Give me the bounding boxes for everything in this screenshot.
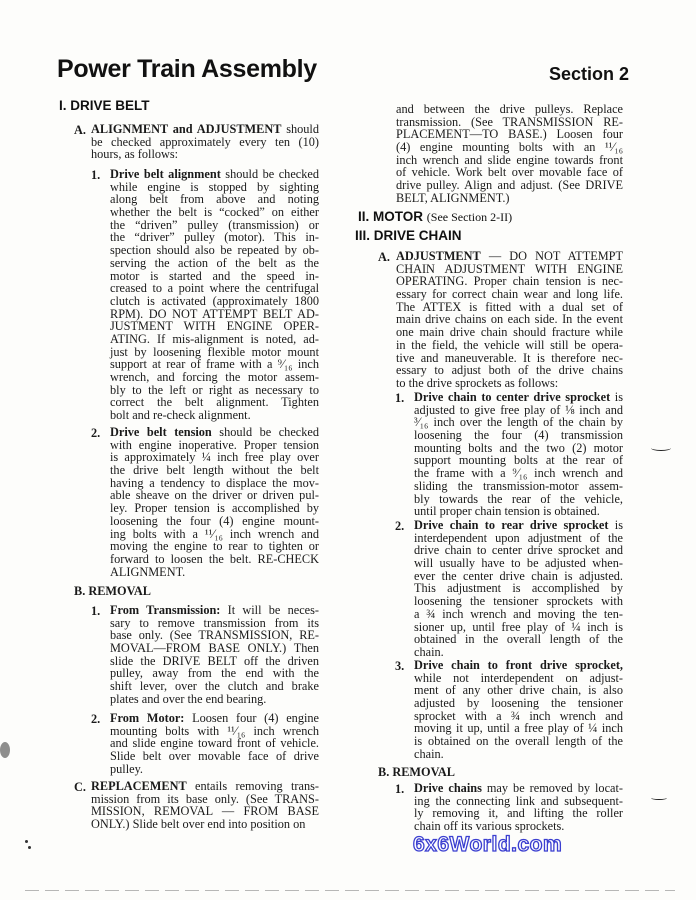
text-line: creased to a point where the centrifugal <box>110 282 319 295</box>
marker-c-replacement: C. <box>74 780 86 795</box>
text-line: MOVAL—FROM BASE ONLY.) Then <box>110 642 319 655</box>
text-line: ATING. If mis-alignment is noted, ad- <box>110 333 319 346</box>
bold-lead: Drive belt alignment <box>110 167 221 181</box>
text-line: chain. <box>414 646 623 659</box>
text-line: pulley. <box>110 763 319 776</box>
text-line: is obtained on the overall length of the <box>414 735 623 748</box>
bold-lead: Drive chain to front drive sprocket, <box>414 658 623 672</box>
text-line: in the field, the vehicle will still be … <box>396 339 623 352</box>
para-drive-chains-removal: Drive chains may be removed by locat-ing… <box>414 782 623 833</box>
heading-motor: II. MOTOR (See Section 2-II) <box>358 209 512 225</box>
text-line: will usually have to be adjusted when- <box>414 557 623 570</box>
text-line: Drive belt alignment should be checked <box>110 168 319 181</box>
bold-lead: Drive belt tension <box>110 425 212 439</box>
text-line: ley. Proper tension is accomplished by <box>110 502 319 515</box>
text-line: ALIGNMENT and ADJUSTMENT should <box>91 123 319 136</box>
marker-2-belt-tension: 2. <box>91 426 100 441</box>
bold-lead: From Motor: <box>110 711 184 725</box>
text-line: the drive belt length without the belt <box>110 464 319 477</box>
heading-chain-removal: B. REMOVAL <box>378 765 455 780</box>
text-line: until proper chain tension is obtained. <box>414 505 623 518</box>
text-line: serving the action of the belt as the <box>110 257 319 270</box>
text-line: whether the belt is “cocked” on either <box>110 206 319 219</box>
text-line: shift lever, over the clutch and brake <box>110 680 319 693</box>
text-line: ALIGNMENT. <box>110 566 319 579</box>
para-rear-sprocket: Drive chain to rear drive sprocket isint… <box>414 519 623 659</box>
text-line: chain. <box>414 748 623 761</box>
text-line: Slide belt over movable face of drive <box>110 750 319 763</box>
scan-speck <box>0 742 10 758</box>
heading-motor-note: (See Section 2-II) <box>427 210 512 224</box>
text-line: one main drive chain should fracture whi… <box>396 326 623 339</box>
text-line: (4) engine mounting bolts with an ¹¹⁄₁₆ <box>396 141 623 154</box>
text-line: adjusted by loosening the tensioner <box>414 697 623 710</box>
marker-3-front-sprocket: 3. <box>395 659 404 674</box>
bold-lead: ADJUSTMENT <box>396 249 481 263</box>
bold-lead: REPLACEMENT <box>91 779 187 793</box>
text-line: wrench, and forcing the motor assem- <box>110 371 319 384</box>
text-line: Drive chain to front drive sprocket, <box>414 659 623 672</box>
text-line: loosening the four (4) engine mount- <box>110 515 319 528</box>
scan-speck <box>28 846 31 849</box>
para-center-sprocket: Drive chain to center drive sprocket isa… <box>414 391 623 518</box>
heading-motor-label: II. MOTOR <box>358 209 423 224</box>
text-line: loosening the tensioner sprockets with <box>414 595 623 608</box>
text-line: bolt and re-check alignment. <box>110 409 319 422</box>
marker-1-center-sprocket: 1. <box>395 391 404 406</box>
text-line: Drive chain to rear drive sprocket is <box>414 519 623 532</box>
heading-drive-chain: III. DRIVE CHAIN <box>355 228 462 243</box>
text-line: forward to loosen the belt. RE-CHECK <box>110 553 319 566</box>
section-label: Section 2 <box>549 64 629 85</box>
text-line: hours, as follows: <box>91 148 319 161</box>
text-line: and between the drive pulleys. Replace <box>396 103 623 116</box>
scan-speck <box>25 840 28 843</box>
marker-2-rear-sprocket: 2. <box>395 519 404 534</box>
text-line: Drive chain to center drive sprocket is <box>414 391 623 404</box>
para-replacement-continued: and between the drive pulleys. Replacetr… <box>396 103 623 205</box>
marker-2-from-motor: 2. <box>91 712 100 727</box>
text-line: clutch is activated (approximately 1800 <box>110 295 319 308</box>
marker-a-alignment: A. <box>74 123 86 138</box>
marker-a-chain-adjustment: A. <box>378 250 390 265</box>
text-line: loosening the four (4) transmission <box>414 429 623 442</box>
para-from-motor: From Motor: Loosen four (4) enginemounti… <box>110 712 319 775</box>
text-line: essary for correct chain wear and long l… <box>396 288 623 301</box>
bold-lead: ALIGNMENT and ADJUSTMENT <box>91 122 281 136</box>
text-line: essary to adjust both of the drive chain… <box>396 364 623 377</box>
para-from-transmission: From Transmission: It will be neces-sary… <box>110 604 319 706</box>
text-line: spection should also be repeated by ob- <box>110 244 319 257</box>
text-line: BELT, ALIGNMENT.) <box>396 192 623 205</box>
marker-1-drive-chains: 1. <box>395 782 404 797</box>
text-line: sliding the transmission-motor assem- <box>414 480 623 493</box>
heading-belt-removal: B. REMOVAL <box>74 584 151 599</box>
para-belt-tension: Drive belt tension should be checkedwith… <box>110 426 319 578</box>
text-line: to the drive sprockets as follows: <box>396 377 623 390</box>
bold-lead: From Transmission: <box>110 603 220 617</box>
text-line: moving the engine to rear to tighten or <box>110 540 319 553</box>
bold-lead: Drive chain to center drive sprocket <box>414 390 610 404</box>
scan-bottom-edge <box>25 890 675 891</box>
para-replacement: REPLACEMENT entails removing trans-missi… <box>91 780 319 831</box>
text-line: drive pulley. Align and adjust. (See DRI… <box>396 179 623 192</box>
page-title: Power Train Assembly <box>57 55 317 84</box>
heading-drive-belt: I. DRIVE BELT <box>59 98 150 113</box>
manual-page: Power Train Assembly Section 2 I. DRIVE … <box>0 0 696 900</box>
text-line: obtained in the overall length of the <box>414 633 623 646</box>
text-line: plates and over the end bearing. <box>110 693 319 706</box>
watermark-6x6world: 6x6World.com <box>413 833 562 857</box>
para-chain-adjustment: ADJUSTMENT — DO NOT ATTEMPTCHAIN ADJUSTM… <box>396 250 623 390</box>
text-line: Drive belt tension should be checked <box>110 426 319 439</box>
bold-lead: Drive chain to rear drive sprocket <box>414 518 608 532</box>
text-line: ONLY.) Slide belt over end into position… <box>91 818 319 831</box>
scan-mark <box>651 445 671 451</box>
text-line: ADJUSTMENT — DO NOT ATTEMPT <box>396 250 623 263</box>
text-line: From Transmission: It will be neces- <box>110 604 319 617</box>
scan-mark <box>651 796 667 800</box>
para-alignment-intro: ALIGNMENT and ADJUSTMENT shouldbe checke… <box>91 123 319 161</box>
text-line: From Motor: Loosen four (4) engine <box>110 712 319 725</box>
text-line: Drive chains may be removed by locat- <box>414 782 623 795</box>
para-belt-alignment: Drive belt alignment should be checkedwh… <box>110 168 319 422</box>
bold-lead: Drive chains <box>414 781 482 795</box>
marker-1-from-transmission: 1. <box>91 604 100 619</box>
text-line: the frame with a ⁹⁄₁₆ inch wrench and <box>414 467 623 480</box>
text-line: a ¾ inch wrench and moving the ten- <box>414 608 623 621</box>
text-line: REPLACEMENT entails removing trans- <box>91 780 319 793</box>
text-line: chain off its various sprockets. <box>414 820 623 833</box>
para-front-sprocket: Drive chain to front drive sprocket,whil… <box>414 659 623 761</box>
marker-1-belt-alignment: 1. <box>91 168 100 183</box>
